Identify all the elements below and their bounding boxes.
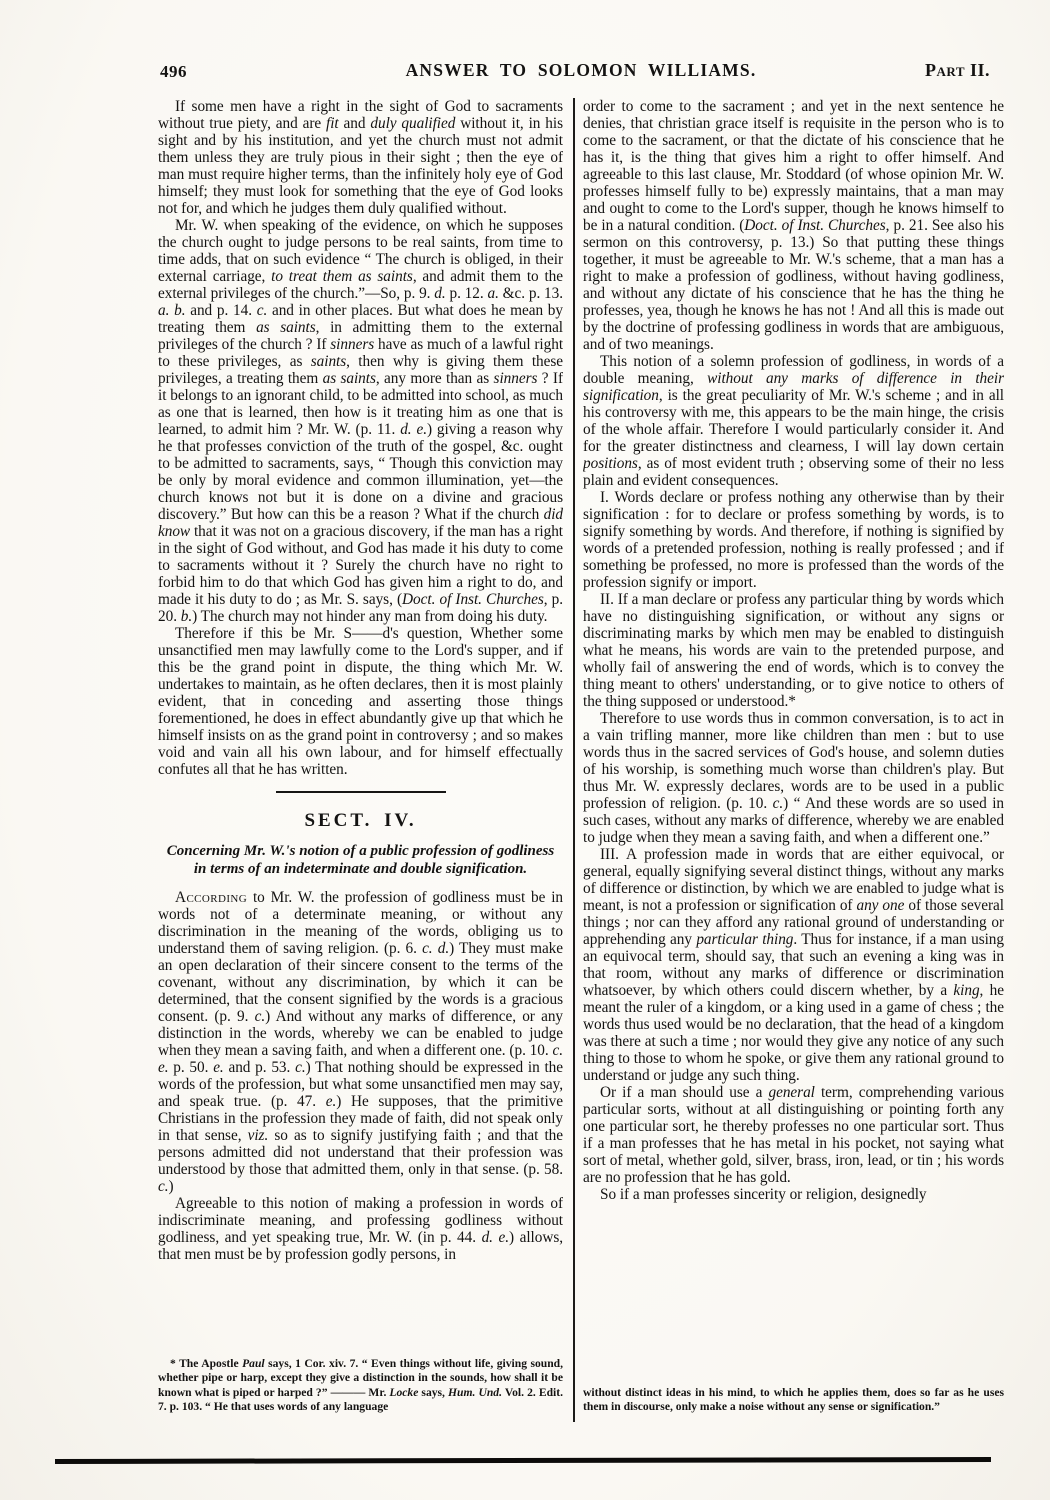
- paragraph: So if a man professes sincerity or relig…: [583, 1186, 1004, 1203]
- paragraph: I. Words declare or profess nothing any …: [583, 489, 1004, 591]
- section-subtitle: Concerning Mr. W.'s notion of a public p…: [158, 842, 563, 878]
- text-columns: If some men have a right in the sight of…: [158, 98, 1004, 1422]
- footnote-continuation: without distinct ideas in his mind, to w…: [583, 1386, 1004, 1414]
- page-bottom-rule: [55, 1457, 991, 1464]
- left-column: If some men have a right in the sight of…: [158, 98, 563, 1422]
- right-column-body: order to come to the sacrament ; and yet…: [583, 98, 1004, 1203]
- section-heading: SECT. IV.: [158, 810, 563, 832]
- paragraph: Therefore if this be Mr. S——d's question…: [158, 625, 563, 778]
- paragraph: II. If a man declare or profess any part…: [583, 591, 1004, 710]
- running-title: ANSWER TO SOLOMON WILLIAMS.: [158, 60, 1004, 81]
- paragraph: Mr. W. when speaking of the evidence, on…: [158, 217, 563, 625]
- right-column: order to come to the sacrament ; and yet…: [583, 98, 1004, 1422]
- paragraph: Or if a man should use a general term, c…: [583, 1084, 1004, 1186]
- paragraph: Therefore to use words thus in common co…: [583, 710, 1004, 846]
- page-header: 496 ANSWER TO SOLOMON WILLIAMS. Part II.: [158, 60, 1004, 86]
- section-divider-rule: [276, 791, 446, 793]
- book-page: 496 ANSWER TO SOLOMON WILLIAMS. Part II.…: [0, 0, 1050, 1500]
- paragraph: Agreeable to this notion of making a pro…: [158, 1195, 563, 1263]
- paragraph: This notion of a solemn profession of go…: [583, 353, 1004, 489]
- paragraph: If some men have a right in the sight of…: [158, 98, 563, 217]
- paragraph: According to Mr. W. the profession of go…: [158, 889, 563, 1195]
- paragraph: order to come to the sacrament ; and yet…: [583, 98, 1004, 353]
- footnote: * The Apostle Paul says, 1 Cor. xiv. 7. …: [158, 1357, 563, 1414]
- left-column-body: If some men have a right in the sight of…: [158, 98, 563, 1263]
- part-label: Part II.: [925, 60, 990, 81]
- column-divider-rule: [573, 98, 575, 1422]
- paragraph: III. A profession made in words that are…: [583, 846, 1004, 1084]
